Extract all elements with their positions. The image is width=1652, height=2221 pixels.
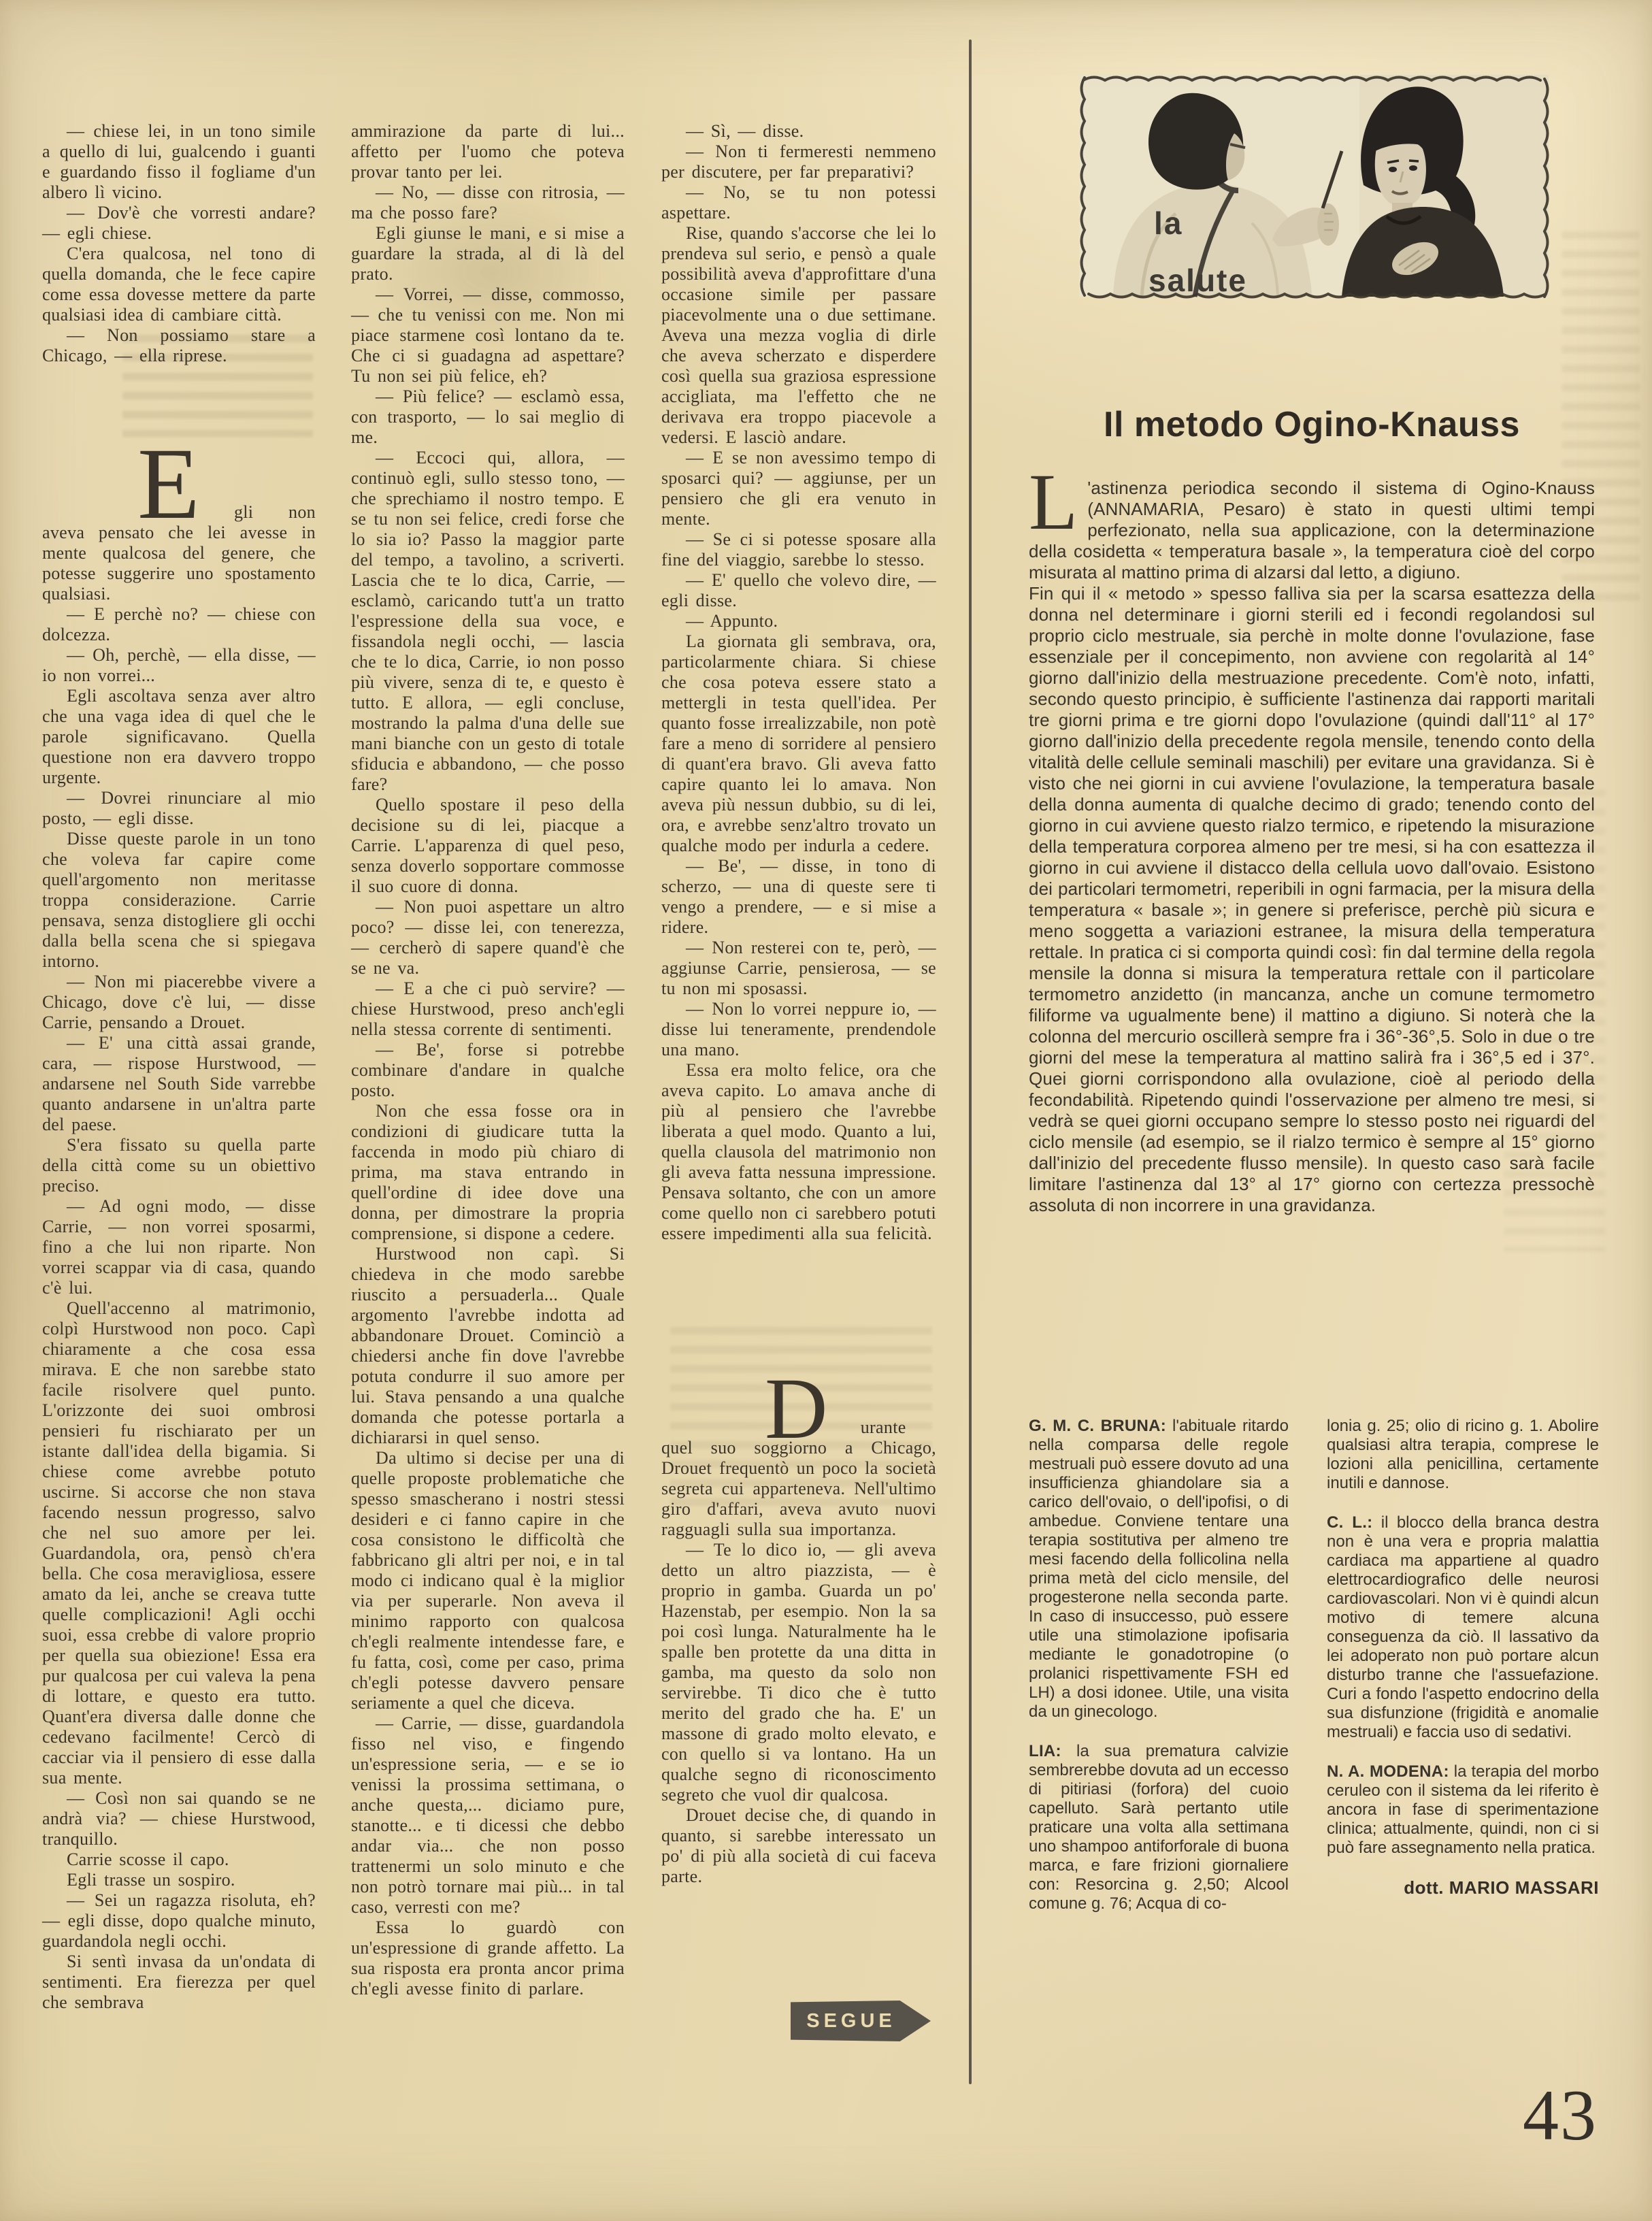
paragraph: — Sì, — disse. [661,121,936,142]
paragraph: — Se ci si potesse sposare alla fine del… [661,529,936,570]
label-line: la [1154,205,1183,241]
answer-text: la sua prematura calvizie sembrerebbe do… [1029,1742,1289,1913]
doctor-patient-photo-illustration [1074,68,1555,305]
paragraph: — Be', forse si potrebbe combinare d'and… [351,1040,625,1101]
paragraph: Quello spostare il peso della decisione … [351,795,625,897]
paragraph: Si sentì invasa da un'ondata di sentimen… [42,1952,316,2013]
fiction-column-2: ammirazione da parte di lui... affetto p… [351,121,625,1999]
paragraph: — Vorrei, — disse, commosso, — che tu ve… [351,284,625,386]
paragraph: — Appunto. [661,611,936,631]
paragraph: La giornata gli sembrava, ora, particola… [661,631,936,856]
reader-answers: G. M. C. BRUNA: l'abituale ritardo nella… [1029,1417,1599,1934]
paragraph: Hurstwood non capì. Si chiedeva in che m… [351,1244,625,1448]
paragraph: — Più felice? — esclamò essa, con traspo… [351,386,625,448]
health-article: L'astinenza periodica secondo il sistema… [1029,478,1595,1216]
paragraph: Essa era molto felice, ora che aveva cap… [661,1060,936,1244]
dropcap-paragraph: Durante quel suo soggiorno a Chicago, Dr… [661,1417,936,1540]
paragraph-text: 'astinenza periodica secondo il sistema … [1029,478,1595,582]
reader-name: LIA: [1029,1742,1061,1760]
paragraph: — Dov'è che vorresti andare? — egli chie… [42,203,316,244]
paragraph: — E perchè no? — chiese con dolcezza. [42,604,316,645]
paragraph: Rise, quando s'accorse che lei lo prende… [661,223,936,448]
qa-answer: G. M. C. BRUNA: l'abituale ritardo nella… [1029,1417,1289,1722]
dropcap-paragraph: Egli non aveva pensato che lei avesse in… [42,502,316,604]
article-body-paragraph: Fin qui il « metodo » spesso falliva sia… [1029,583,1595,1216]
answer-text: lonia g. 25; olio di ricino g. 1. Abolir… [1327,1417,1599,1492]
paragraph: Egli giunse le mani, e si mise a guardar… [351,223,625,284]
paragraph: Drouet decise che, di quando in quanto, … [661,1805,936,1887]
paragraph: Essa lo guardò con un'espressione di gra… [351,1918,625,1999]
paragraph: — Oh, perchè, — ella disse, — io non vor… [42,645,316,686]
paragraph: — chiese lei, in un tono simile a quello… [42,121,316,203]
dropcap-letter: E [113,463,200,505]
dropcap-letter: D [740,1387,828,1430]
author-signature: dott. MARIO MASSARI [1327,1878,1599,1897]
paragraph: — E' una città assai grande, cara, — ris… [42,1033,316,1135]
paragraph: — Non ti fermeresti nemmeno per discuter… [661,142,936,182]
column-divider-rule [969,39,972,2084]
qa-answer: N. A. MODENA: la terapia del morbo cerul… [1327,1762,1599,1858]
segue-label: SEGUE [806,2010,896,2033]
paragraph: — Non puoi aspettare un altro poco? — di… [351,897,625,978]
paragraph: C'era qualcosa, nel tono di quella doman… [42,244,316,325]
article-lead-paragraph: L'astinenza periodica secondo il sistema… [1029,478,1595,583]
paragraph: — Dovrei rinunciare al mio posto, — egli… [42,788,316,829]
paragraph: — E se non avessimo tempo di sposarci qu… [661,448,936,529]
paragraph: — E a che ci può servire? — chiese Hurst… [351,978,625,1040]
paragraph: Da ultimo si decise per una di quelle pr… [351,1448,625,1713]
paragraph: — E' quello che volevo dire, — egli diss… [661,570,936,611]
reader-name: N. A. MODENA: [1327,1762,1449,1781]
paragraph: Carrie scosse il capo. [42,1849,316,1870]
qa-answer: C. L.: il blocco della branca destra non… [1327,1513,1599,1742]
page-number: 43 [1523,2074,1598,2157]
fiction-column-3: — Sì, — disse.— Non ti fermeresti nemmen… [661,121,936,1887]
reader-name: C. L.: [1327,1513,1372,1532]
dropcap-letter: L [1029,474,1078,531]
paragraph: — Sei un ragazza risoluta, eh? — egli di… [42,1890,316,1952]
segue-continuation-marker: SEGUE [791,2001,931,2041]
magazine-page-scan: { "page": { "number": "43" }, "colors": … [0,0,1652,2221]
paragraph: Non che essa fosse ora in condizioni di … [351,1101,625,1244]
answer-text: l'abituale ritardo nella comparsa delle … [1029,1417,1289,1721]
paragraph: — Non possiamo stare a Chicago, — ella r… [42,325,316,366]
health-photo: la salute [1074,68,1555,305]
label-line: salute [1149,252,1247,309]
qa-column-left: G. M. C. BRUNA: l'abituale ritardo nella… [1029,1417,1289,1934]
paragraph: — Non resterei con te, però, — aggiunse … [661,938,936,999]
paragraph: — No, se tu non potessi aspettare. [661,182,936,223]
paragraph: ammirazione da parte di lui... affetto p… [351,121,625,182]
section-label-la-salute: la salute [1154,195,1247,309]
paragraph: — Non lo vorrei neppure io, — disse lui … [661,999,936,1060]
qa-answer: LIA: la sua prematura calvizie sembrereb… [1029,1742,1289,1913]
qa-answer: lonia g. 25; olio di ricino g. 1. Abolir… [1327,1417,1599,1493]
answer-text: il blocco della branca destra non è una … [1327,1513,1599,1741]
paragraph: — Carrie, — disse, guardandola fisso nel… [351,1713,625,1918]
paragraph: — Non mi piacerebbe vivere a Chicago, do… [42,972,316,1033]
paragraph: S'era fissato su quella parte della citt… [42,1135,316,1196]
paragraph: — Be', — disse, in tono di scherzo, — un… [661,856,936,938]
paragraph: Quell'accenno al matrimonio, colpì Hurst… [42,1298,316,1788]
paragraph: Disse queste parole in un tono che volev… [42,829,316,972]
reader-name: G. M. C. BRUNA: [1029,1417,1166,1435]
paragraph: — Eccoci qui, allora, — continuò egli, s… [351,448,625,795]
paragraph: Egli trasse un sospiro. [42,1870,316,1890]
paragraph: — No, — disse con ritrosia, — ma che pos… [351,182,625,223]
paragraph: — Così non sai quando se ne andrà via? —… [42,1788,316,1849]
qa-column-right: lonia g. 25; olio di ricino g. 1. Abolir… [1327,1417,1599,1934]
fiction-column-1: — chiese lei, in un tono simile a quello… [42,121,316,2013]
paragraph: — Te lo dico io, — gli aveva detto un al… [661,1540,936,1805]
article-headline: Il metodo Ogino-Knauss [1029,404,1595,445]
paragraph: — Ad ogni modo, — disse Carrie, — non vo… [42,1196,316,1298]
paragraph: Egli ascoltava senza aver altro che una … [42,686,316,788]
